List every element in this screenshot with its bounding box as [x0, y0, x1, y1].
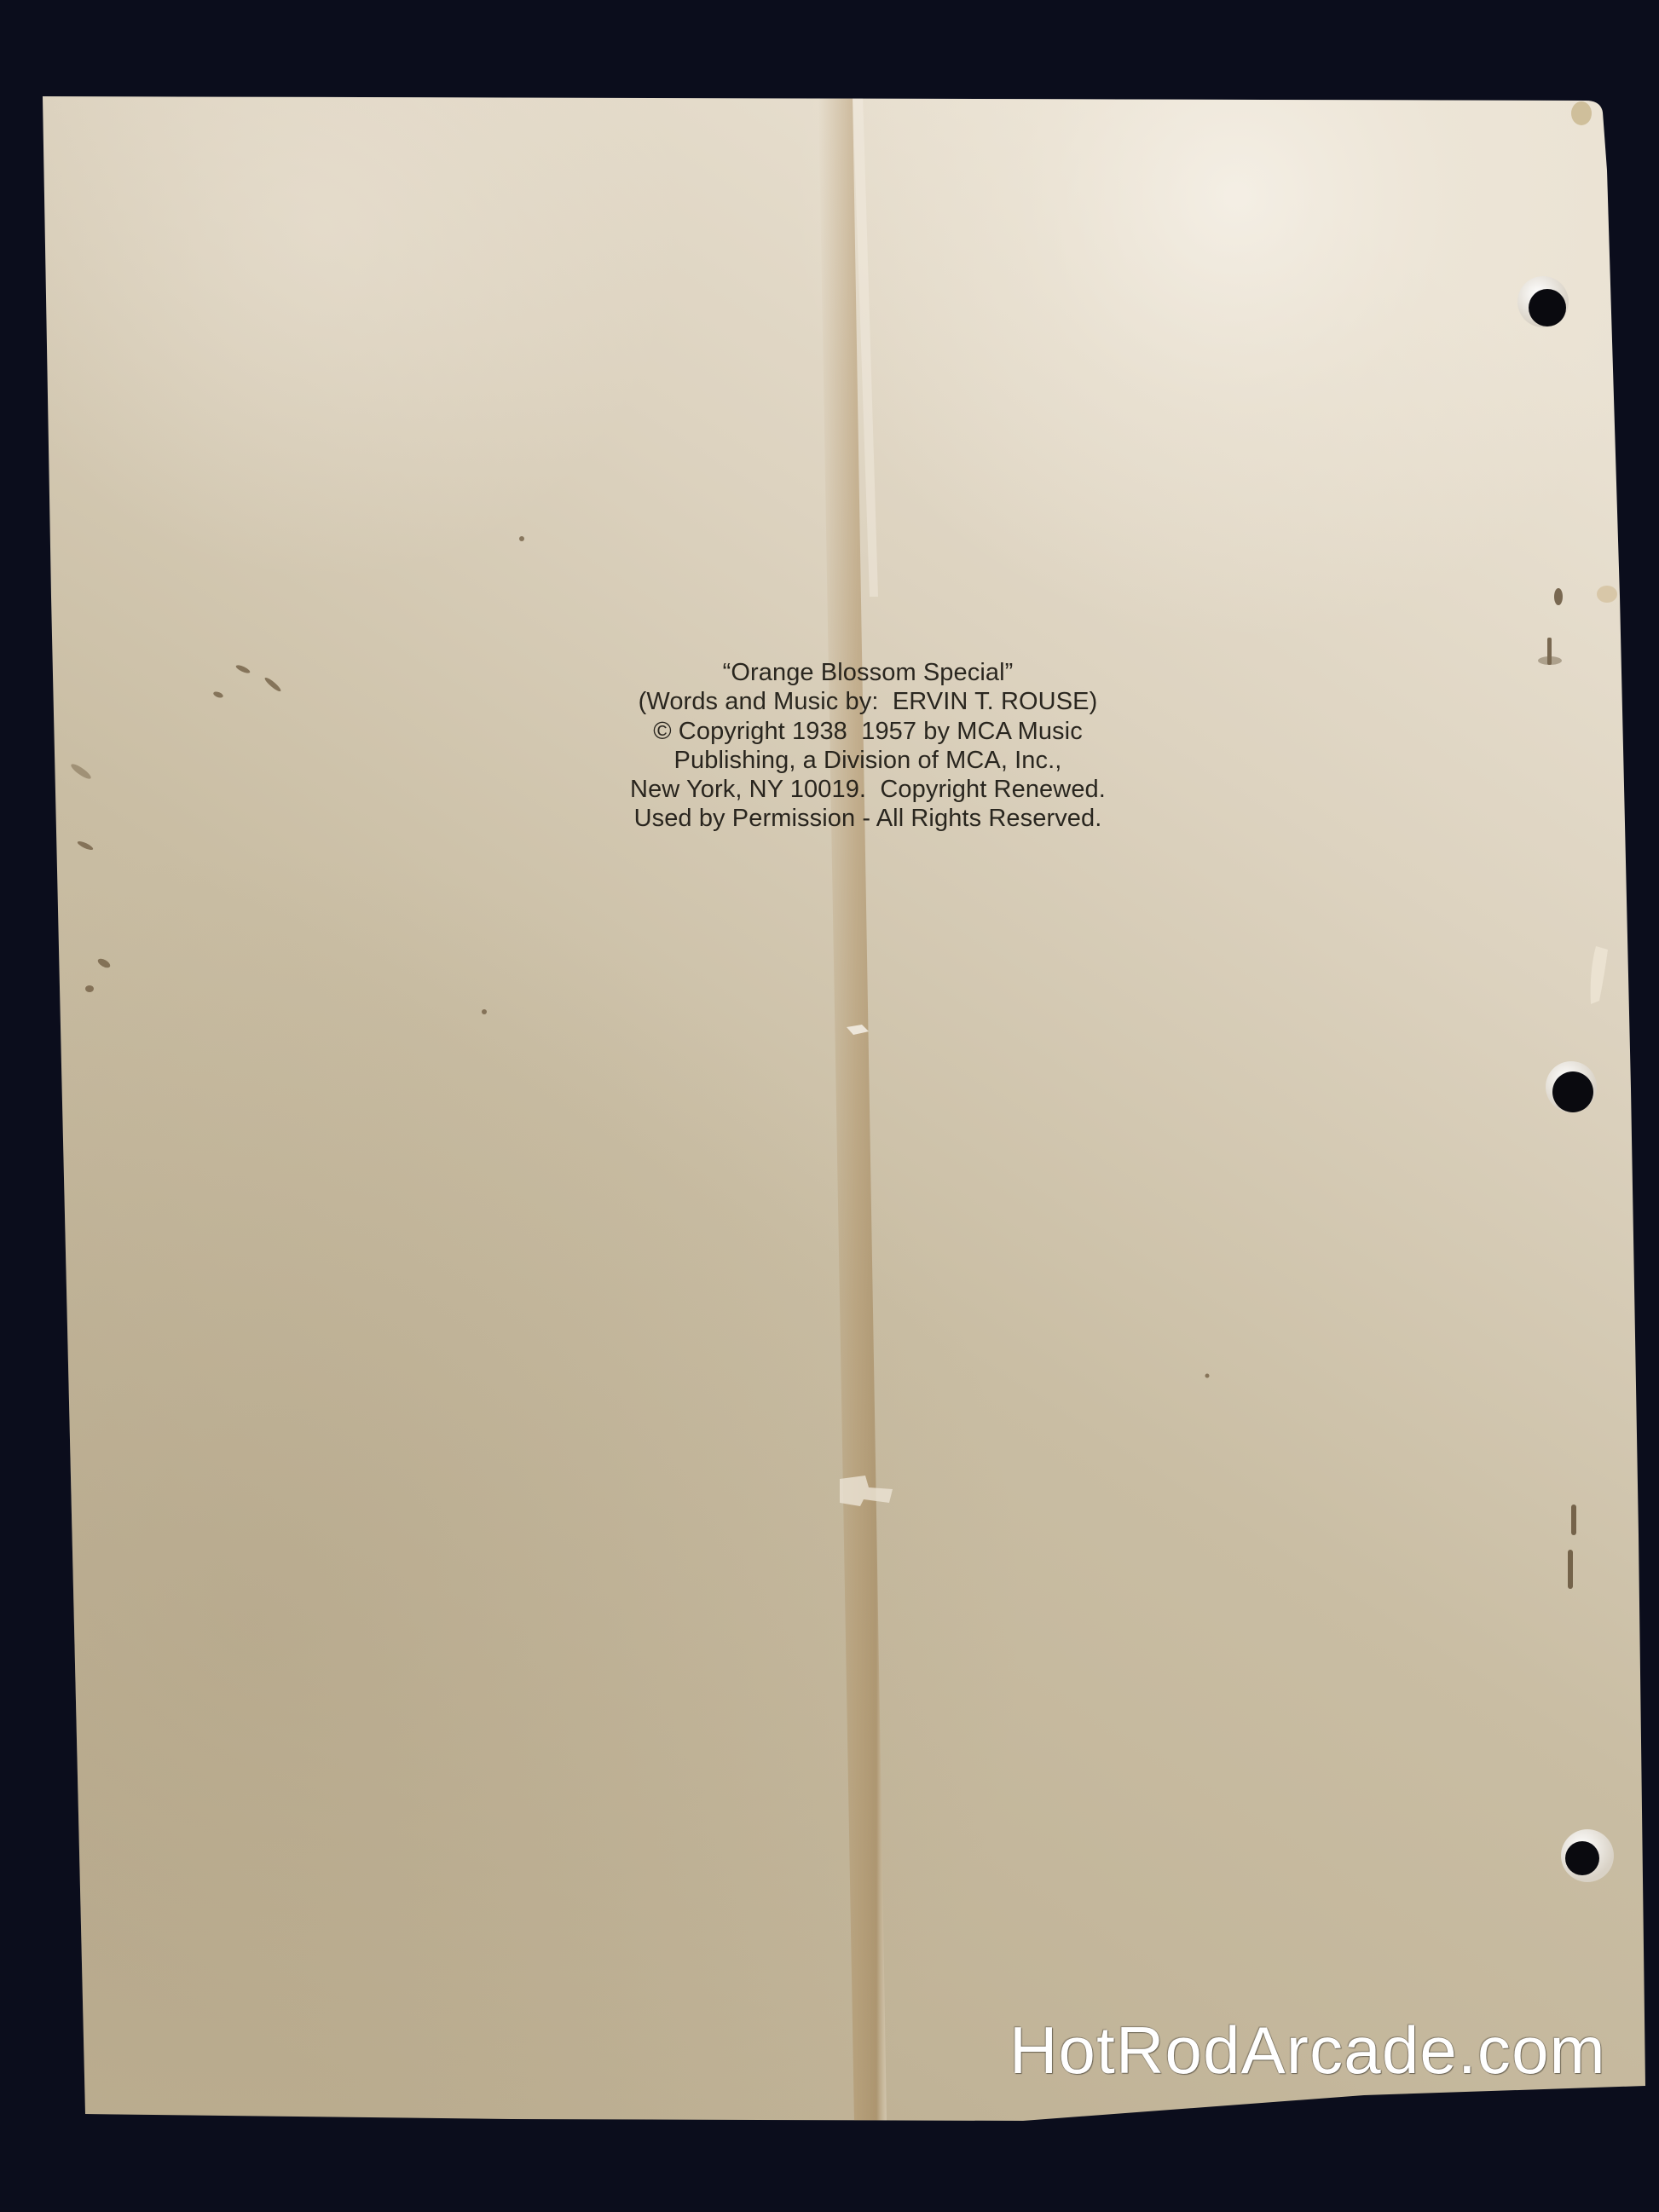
binder-hole-3	[1561, 1829, 1614, 1882]
composer-line: (Words and Music by: ERVIN T. ROUSE)	[527, 687, 1209, 716]
paper-sheet	[0, 0, 1659, 2212]
watermark: HotRodArcade.com	[1009, 2012, 1606, 2088]
permission-line: Used by Permission - All Rights Reserved…	[527, 804, 1209, 833]
song-title-line: “Orange Blossom Special”	[527, 658, 1209, 687]
address-line: New York, NY 10019. Copyright Renewed.	[527, 775, 1209, 804]
publisher-line: Publishing, a Division of MCA, Inc.,	[527, 746, 1209, 775]
binder-hole-2	[1546, 1061, 1597, 1112]
copyright-line: © Copyright 1938 1957 by MCA Music	[527, 717, 1209, 746]
binder-hole-1	[1517, 276, 1569, 327]
copyright-notice: “Orange Blossom Special” (Words and Musi…	[527, 658, 1209, 834]
